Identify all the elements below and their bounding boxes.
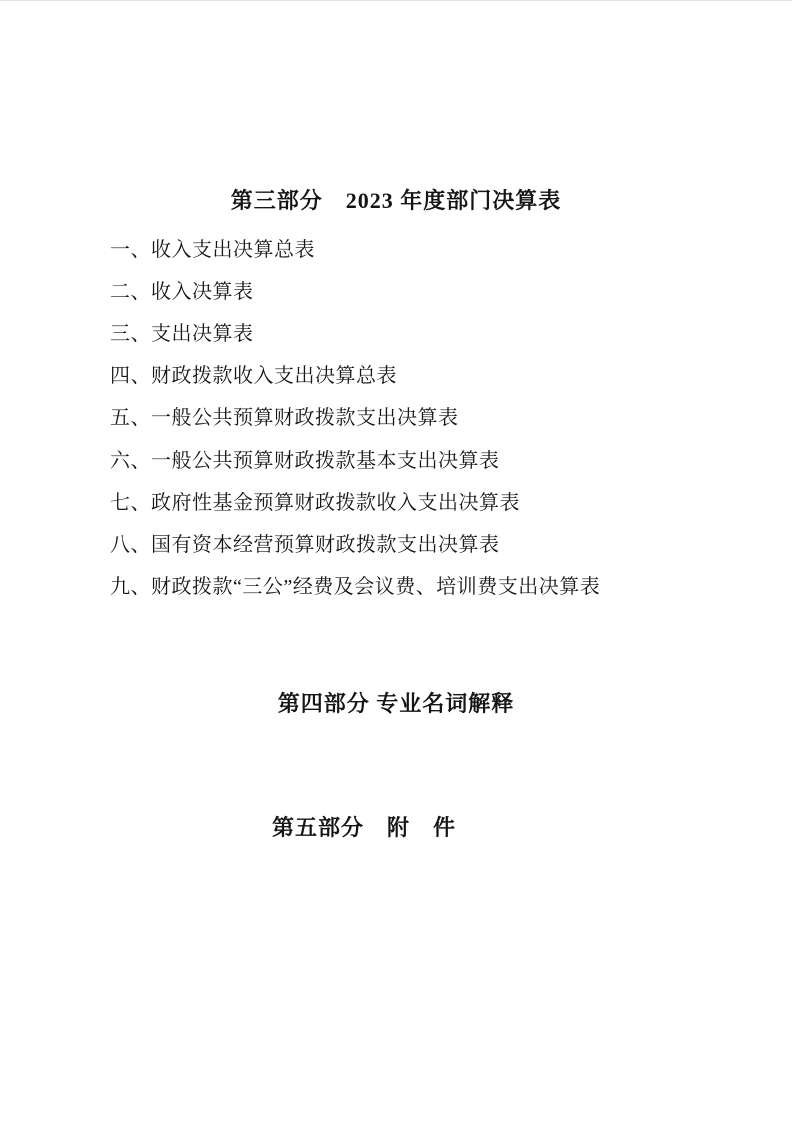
toc-item-3: 三、支出决算表 <box>110 310 762 352</box>
toc-item-4: 四、财政拨款收入支出决算总表 <box>110 353 762 395</box>
toc-item-2: 二、收入决算表 <box>110 268 762 310</box>
table-of-contents: 一、收入支出决算总表 二、收入决算表 三、支出决算表 四、财政拨款收入支出决算总… <box>110 226 762 606</box>
toc-item-7: 七、政府性基金预算财政拨款收入支出决算表 <box>110 479 762 521</box>
toc-item-6: 六、一般公共预算财政拨款基本支出决算表 <box>110 437 762 479</box>
part4-heading: 第四部分 专业名词解释 <box>0 687 792 718</box>
toc-item-5: 五、一般公共预算财政拨款支出决算表 <box>110 395 762 437</box>
toc-item-9: 九、财政拨款“三公”经费及会议费、培训费支出决算表 <box>110 564 762 606</box>
toc-item-8: 八、国有资本经营预算财政拨款支出决算表 <box>110 521 762 563</box>
part3-heading: 第三部分 2023 年度部门决算表 <box>0 184 792 215</box>
document-page: 第三部分 2023 年度部门决算表 一、收入支出决算总表 二、收入决算表 三、支… <box>0 0 792 1121</box>
toc-item-1: 一、收入支出决算总表 <box>110 226 762 268</box>
part5-heading: 第五部分 附 件 <box>0 811 792 842</box>
